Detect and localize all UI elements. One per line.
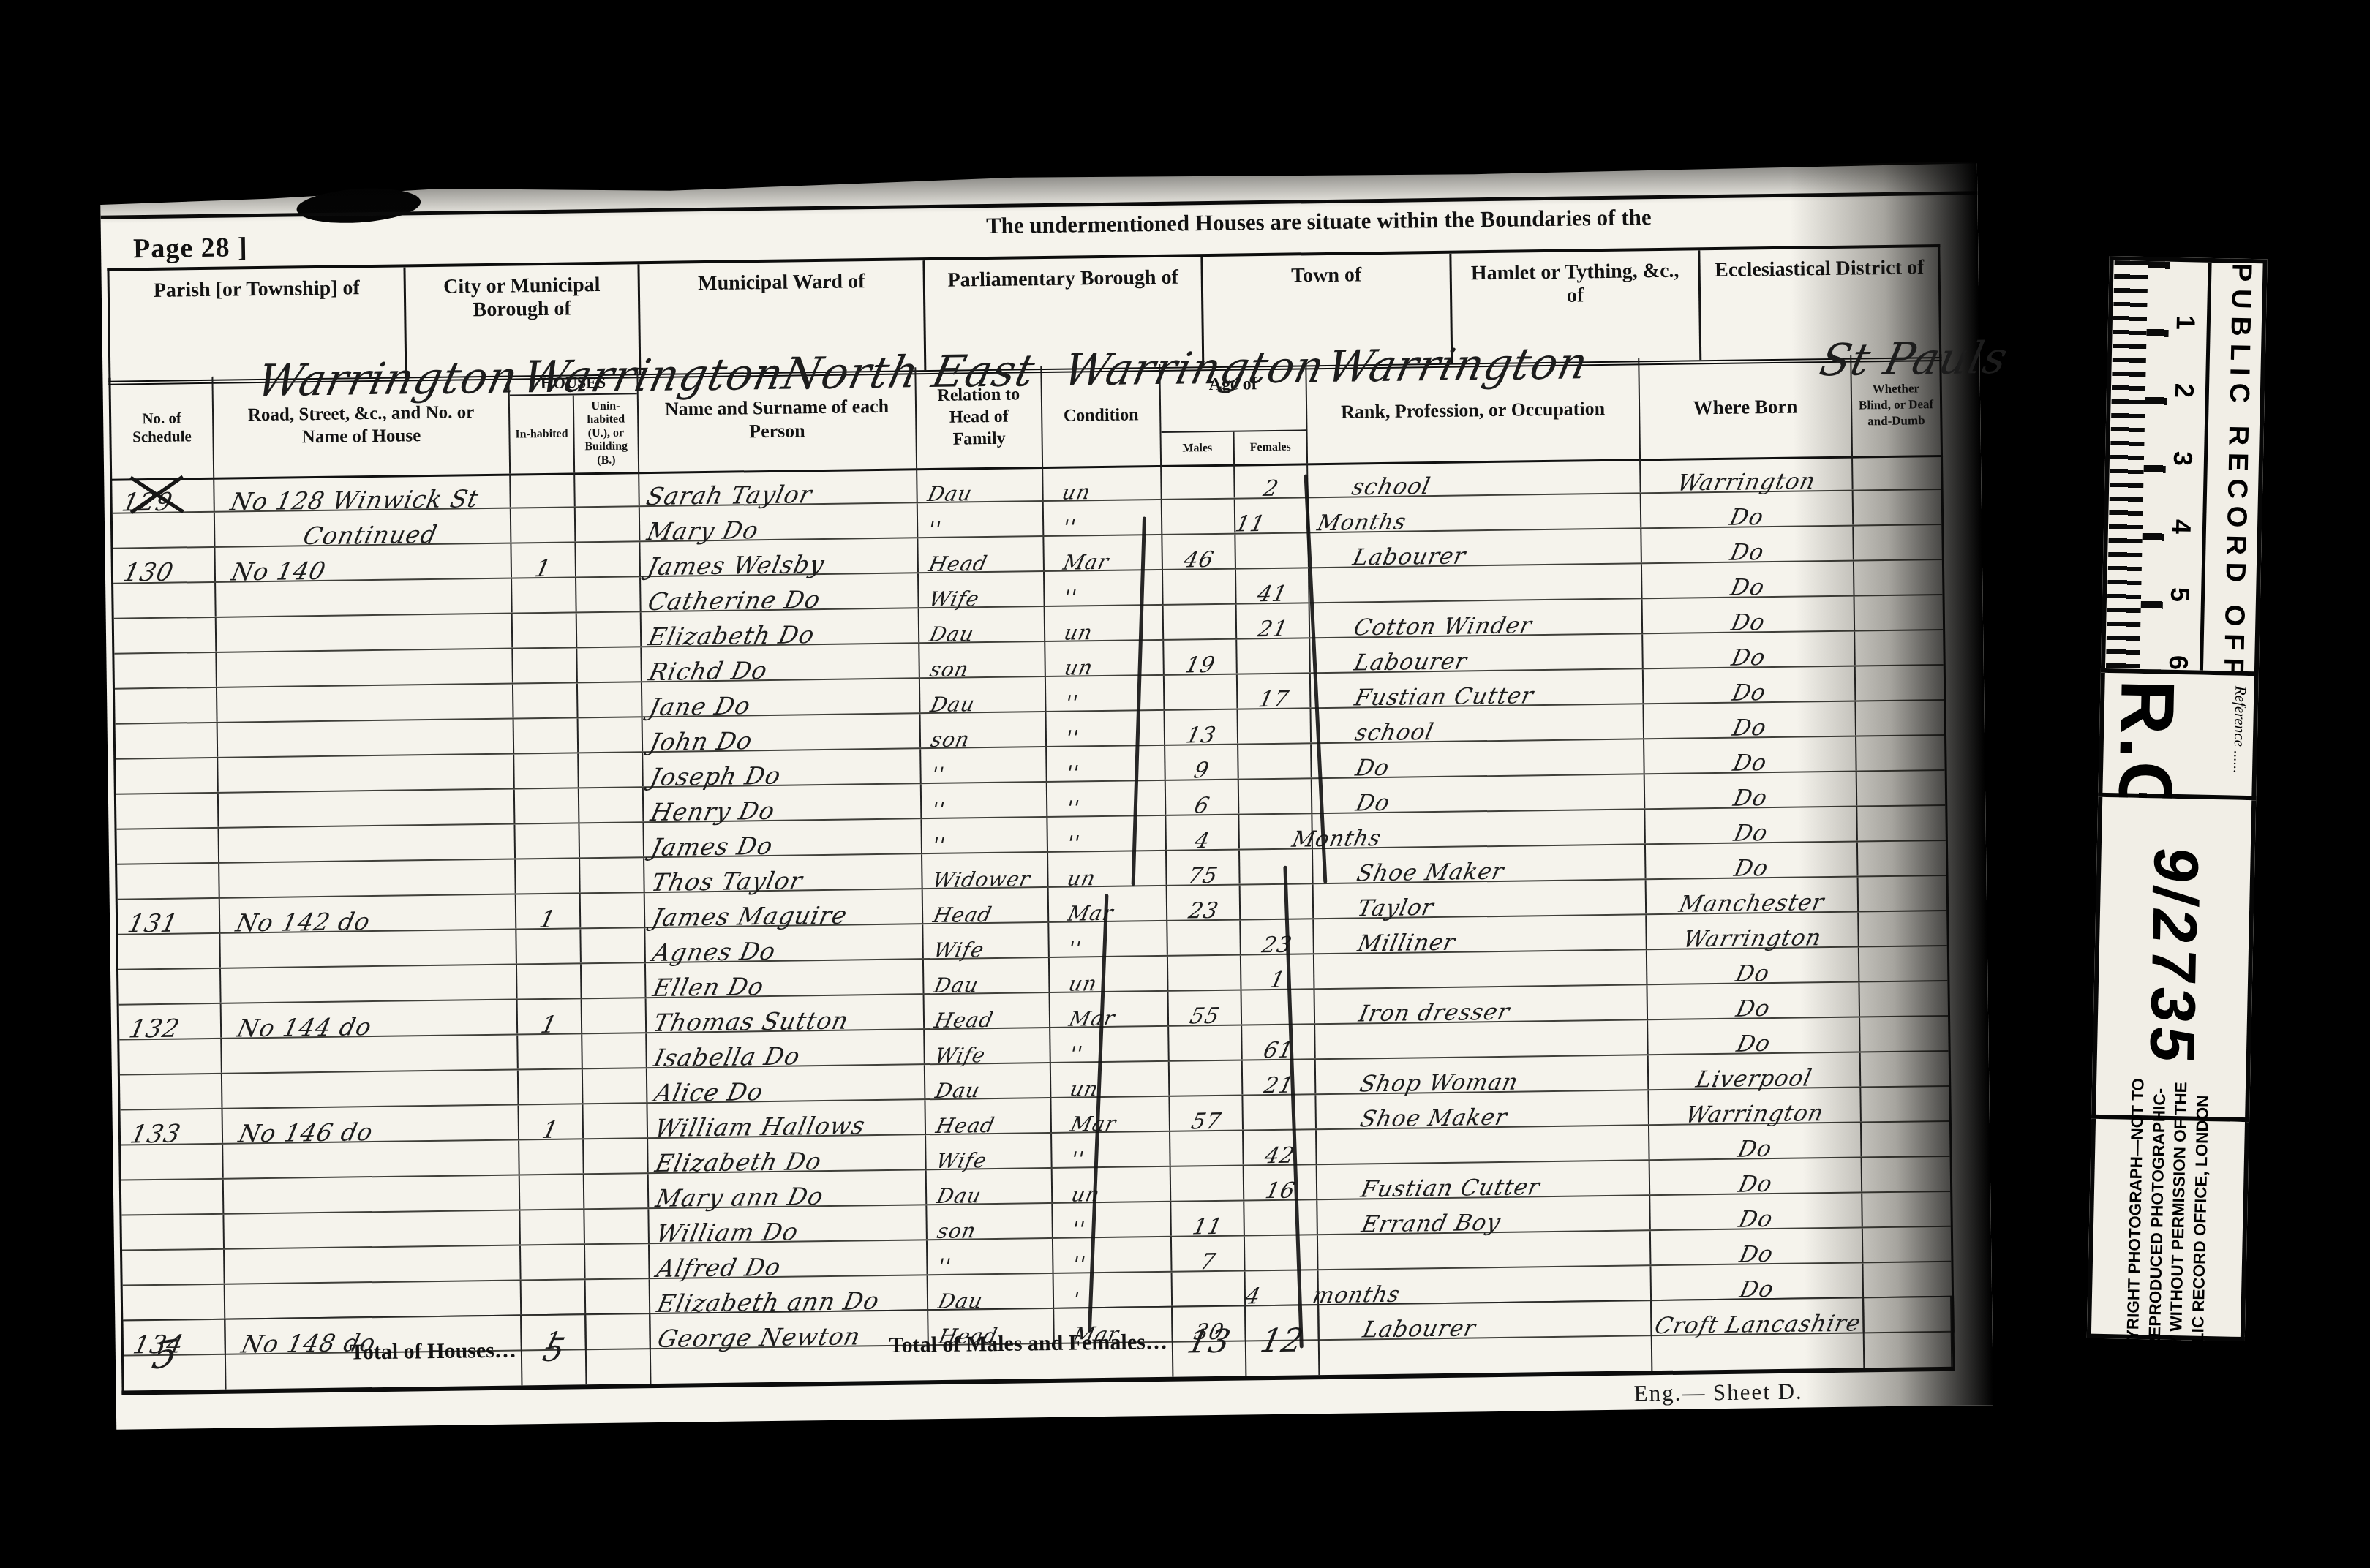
cell-inhabited <box>516 859 581 893</box>
cell-uninhabited <box>577 612 642 647</box>
cell-born: Do <box>1641 527 1854 563</box>
cell-house <box>225 1281 522 1318</box>
cell-inhabited <box>514 753 579 788</box>
cell-relation: Dau <box>917 467 1044 502</box>
cell-condition: '' <box>1045 570 1164 606</box>
handwritten-relation: Head <box>931 905 994 926</box>
cell-schedule <box>116 794 219 829</box>
cell-born: Do <box>1643 597 1856 633</box>
cell-uninhabited <box>576 507 641 541</box>
handwritten-occupation: Labourer <box>1350 545 1467 569</box>
handwritten-condition: Mar <box>1067 1009 1117 1030</box>
cell-house: No 144 do <box>222 1000 519 1037</box>
ruler-number: 1 <box>2169 262 2208 331</box>
page-number: Page 28 ] <box>133 231 248 265</box>
cell-inhabited <box>517 964 582 998</box>
piece-number: 9/2735 <box>2135 843 2212 1071</box>
cell-female: 61 <box>1242 1025 1316 1059</box>
cell-uninhabited <box>576 542 641 576</box>
handwritten-born: Do <box>1737 1208 1775 1232</box>
handwritten-born: Manchester <box>1677 892 1827 916</box>
cell-female <box>1237 638 1311 673</box>
cell-infirm <box>1861 1087 1949 1122</box>
header-schedule: No. of Schedule <box>110 377 214 479</box>
cell-infirm <box>1859 876 1947 911</box>
handwritten-name: Elizabeth Do <box>647 622 817 649</box>
district-label: Ecclesiastical District of <box>1700 255 1938 282</box>
handwritten-occupation: Errand Boy <box>1359 1212 1502 1237</box>
cell-schedule: 132 <box>119 1004 222 1039</box>
handwritten-condition: un <box>1063 657 1095 679</box>
handwritten-relation: '' <box>930 765 947 785</box>
handwritten-relation: Dau <box>936 1291 985 1312</box>
handwritten-relation: '' <box>926 519 944 540</box>
cell-female: 17 <box>1238 674 1312 708</box>
census-page: Page 28 ] The undermentioned Houses are … <box>100 162 1993 1429</box>
cell-infirm <box>1859 981 1948 1017</box>
cell-relation: '' <box>922 818 1048 853</box>
cell-house <box>219 860 516 897</box>
cell-condition: '' <box>1049 921 1168 957</box>
handwritten-condition: Mar <box>1061 552 1111 573</box>
handwritten-name: James Do <box>649 834 775 859</box>
handwritten-female: 2 <box>1261 478 1281 500</box>
handwritten-born: Do <box>1737 1173 1775 1196</box>
header-males: Males <box>1162 432 1235 465</box>
cell-relation: '' <box>921 747 1047 783</box>
cell-relation: Wife <box>923 923 1050 958</box>
cell-occupation: Cotton Winder <box>1310 599 1644 637</box>
cell-uninhabited <box>581 928 646 962</box>
cell-inhabited <box>515 788 580 823</box>
handwritten-name: William Hallows <box>652 1113 868 1140</box>
handwritten-house: No 142 do <box>234 909 373 935</box>
district-value-handwritten: Warrington <box>1058 342 1329 396</box>
cell-inhabited <box>519 1069 584 1104</box>
handwritten-born: Liverpool <box>1694 1067 1814 1091</box>
cell-male: 55 <box>1169 991 1243 1025</box>
cell-schedule: 129 <box>112 478 215 513</box>
handwritten-female: 17 <box>1257 689 1291 712</box>
age-note: Months <box>1290 828 1383 851</box>
cell-schedule <box>116 758 219 794</box>
district-label: Municipal Ward of <box>640 268 923 296</box>
cell-born: Warrington <box>1649 1088 1862 1124</box>
handwritten-condition: '' <box>1064 728 1081 748</box>
cell-female <box>1239 779 1313 813</box>
cell-name: Sarah Taylor <box>639 468 918 505</box>
cell-inhabited: 1 <box>511 543 576 577</box>
cell-inhabited <box>513 683 579 717</box>
handwritten-born: Do <box>1734 1033 1772 1056</box>
handwritten-male: 9 <box>1192 760 1211 782</box>
handwritten-occupation: Milliner <box>1355 932 1457 956</box>
header-females: Females <box>1235 431 1307 464</box>
cell-condition: Mar <box>1051 1097 1170 1132</box>
cell-female <box>1240 849 1314 883</box>
cell-relation: Dau <box>920 677 1047 712</box>
district-value-handwritten: Warrington <box>252 352 523 407</box>
handwritten-condition: '' <box>1069 1149 1086 1169</box>
cell-schedule <box>120 1074 223 1109</box>
cell-relation: Head <box>923 888 1050 923</box>
cell-schedule <box>117 829 220 864</box>
cell-uninhabited <box>586 1279 651 1313</box>
handwritten-schedule: 129 <box>120 490 175 516</box>
cell-born: Do <box>1649 1123 1862 1159</box>
copyright-text: COPYRIGHT PHOTOGRAPH—NOT TOBE REPRODUCED… <box>2121 1078 2214 1378</box>
handwritten-house: No 146 do <box>236 1120 375 1145</box>
cell-relation: Wife <box>925 1028 1051 1063</box>
cell-infirm <box>1855 630 1944 666</box>
handwritten-schedule: 133 <box>128 1121 183 1147</box>
handwritten-condition: un <box>1065 868 1097 889</box>
piece-number-section: 9/2735 <box>2091 797 2256 1122</box>
handwritten-occupation: Fustian Cutter <box>1353 685 1536 709</box>
cell-condition: '' <box>1052 1132 1171 1167</box>
handwritten-name: Joseph Do <box>648 764 783 789</box>
handwritten-name: Sarah Taylor <box>644 482 815 508</box>
handwritten-male: 11 <box>1190 1216 1224 1239</box>
district-label: Parish [or Township] of <box>110 274 404 303</box>
cell-house <box>217 614 513 652</box>
cell-uninhabited <box>575 472 640 506</box>
cell-condition: '' <box>1050 1027 1170 1062</box>
total-females: 12 <box>1246 1305 1320 1376</box>
cell-schedule <box>116 723 219 758</box>
cell-uninhabited <box>579 788 644 822</box>
cell-relation: Wife <box>919 572 1045 607</box>
cell-uninhabited <box>582 1033 647 1068</box>
cell-condition: un <box>1048 851 1167 886</box>
cell-relation: son <box>919 642 1046 677</box>
handwritten-occupation: school <box>1350 475 1432 499</box>
ruler: PUBLIC RECORD OFFICE 123456 <box>2101 256 2268 676</box>
cell-born: Do <box>1648 1017 1861 1054</box>
handwritten-relation: Dau <box>932 975 980 996</box>
cell-born: Do <box>1643 632 1856 668</box>
handwritten-male: 7 <box>1198 1251 1218 1273</box>
handwritten-female: 21 <box>1256 619 1290 641</box>
handwritten-inhabited: 1 <box>541 1118 561 1142</box>
handwritten-male: 13 <box>1184 725 1219 747</box>
cell-female: 23 <box>1241 919 1314 954</box>
cell-house: No 142 do <box>220 895 517 932</box>
cell-house <box>218 720 515 757</box>
cell-female <box>1238 744 1312 778</box>
cell-schedule: 133 <box>121 1109 224 1145</box>
copyright-stamp: COPYRIGHT PHOTOGRAPH—NOT TOBE REPRODUCED… <box>2087 1119 2249 1341</box>
ruler-number: 2 <box>2167 330 2207 399</box>
cell-relation: Dau <box>924 958 1050 993</box>
handwritten-female: 16 <box>1263 1180 1298 1203</box>
handwritten-born: Do <box>1732 857 1770 881</box>
cell-condition: un <box>1053 1167 1172 1202</box>
cell-relation: Widower <box>922 853 1049 888</box>
ruler-number: 4 <box>2164 466 2204 535</box>
cell-occupation: Shop Woman <box>1316 1055 1649 1093</box>
cell-male: 13 <box>1165 710 1238 745</box>
cell-relation: son <box>921 712 1047 747</box>
handwritten-male: 75 <box>1186 865 1220 888</box>
cell-female <box>1241 884 1314 919</box>
cell-house <box>222 1070 519 1107</box>
district-label: Town of <box>1203 261 1450 290</box>
handwritten-occupation: Shoe Maker <box>1358 1107 1509 1131</box>
handwritten-house: No 148 do <box>239 1330 378 1356</box>
cell-inhabited <box>511 472 576 507</box>
cell-inhabited <box>522 1280 587 1314</box>
handwritten-relation: Head <box>934 1115 997 1137</box>
cell-house <box>224 1210 521 1248</box>
handwritten-name: William Do <box>654 1219 801 1245</box>
handwritten-name: James Welsby <box>645 552 827 578</box>
cell-inhabited <box>513 648 578 682</box>
handwritten-male: 46 <box>1181 549 1216 572</box>
cell-relation: Head <box>925 993 1051 1028</box>
cell-inhabited <box>515 823 580 858</box>
cell-male: 46 <box>1162 535 1236 569</box>
cell-schedule <box>113 513 216 548</box>
handwritten-house: Continued <box>301 522 440 548</box>
cell-born: Liverpool <box>1649 1052 1862 1089</box>
cell-born: Warrington <box>1641 456 1854 493</box>
cell-house <box>219 790 516 827</box>
cell-uninhabited <box>579 717 644 752</box>
pro-office-label: PUBLIC RECORD OFFICE <box>2200 263 2263 671</box>
cell-uninhabited <box>583 1104 648 1138</box>
handwritten-occupation: school <box>1353 721 1436 745</box>
cell-male <box>1173 1272 1246 1306</box>
cell-female <box>1235 533 1309 568</box>
handwritten-condition: '' <box>1061 517 1078 538</box>
cell-inhabited <box>519 1139 584 1174</box>
cell-male: 19 <box>1164 640 1238 674</box>
cell-inhabited <box>516 929 582 963</box>
handwritten-name: Thomas Sutton <box>651 1009 851 1036</box>
ruler-number: 3 <box>2166 398 2205 467</box>
cell-inhabited <box>513 613 578 647</box>
handwritten-inhabited: 1 <box>538 908 558 931</box>
handwritten-name: Henry Do <box>649 799 778 824</box>
cell-infirm <box>1856 666 1944 701</box>
cell-inhabited: 1 <box>518 999 583 1033</box>
record-series: R.G. <box>2107 679 2185 794</box>
cell-inhabited <box>518 1034 583 1068</box>
cell-condition: Mar <box>1049 886 1168 921</box>
handwritten-name: Jane Do <box>647 693 753 719</box>
handwritten-occupation: Labourer <box>1361 1317 1478 1341</box>
handwritten-house: No 144 do <box>235 1014 374 1040</box>
handwritten-born: Do <box>1732 822 1770 845</box>
cell-schedule: 130 <box>113 548 216 583</box>
handwritten-occupation: Fustian Cutter <box>1359 1176 1543 1201</box>
cell-condition: un <box>1045 606 1165 641</box>
cell-inhabited <box>520 1210 585 1244</box>
cell-male <box>1170 1061 1244 1096</box>
district-value-handwritten: St Pauls <box>1815 333 2012 387</box>
handwritten-female: 41 <box>1255 584 1290 606</box>
cell-condition: '' <box>1046 676 1165 711</box>
handwritten-name: Catherine Do <box>646 587 823 614</box>
cell-condition: Mar <box>1050 992 1170 1027</box>
cell-house <box>219 825 516 862</box>
handwritten-name: Alice Do <box>652 1079 766 1105</box>
handwritten-inhabited: 1 <box>533 557 554 580</box>
handwritten-relation: '' <box>930 800 947 821</box>
cell-male: 11 <box>1171 1202 1245 1236</box>
cell-male <box>1167 921 1241 955</box>
handwritten-born: Do <box>1728 576 1767 600</box>
cell-born: Do <box>1647 982 1860 1019</box>
handwritten-born: Do <box>1728 506 1766 529</box>
handwritten-occupation: Cotton Winder <box>1352 614 1535 639</box>
cell-inhabited <box>512 578 577 612</box>
cell-infirm <box>1856 701 1944 736</box>
cell-occupation: Iron dresser <box>1315 985 1649 1023</box>
cell-schedule <box>118 969 222 1004</box>
ruler-number: 6 <box>2162 602 2201 671</box>
cell-schedule <box>113 583 217 618</box>
cell-schedule <box>114 653 217 688</box>
cell-female: Months <box>1239 814 1313 848</box>
cell-inhabited: 1 <box>519 1104 584 1139</box>
handwritten-schedule: 131 <box>125 911 180 937</box>
cell-inhabited <box>514 718 579 753</box>
cell-female <box>1244 1200 1318 1235</box>
handwritten-relation: Wife <box>934 1150 988 1172</box>
handwritten-relation: Dau <box>933 1080 982 1101</box>
cell-relation: '' <box>918 502 1045 537</box>
cell-uninhabited <box>583 1068 648 1103</box>
cell-female: 16 <box>1244 1165 1318 1199</box>
cell-condition: '' <box>1047 711 1166 746</box>
cell-relation: '' <box>922 783 1048 818</box>
cell-male <box>1168 956 1242 990</box>
cell-born: Do <box>1650 1193 1863 1229</box>
cell-schedule <box>123 1285 226 1320</box>
cell-born: Warrington <box>1647 912 1859 949</box>
cell-infirm <box>1853 455 1941 490</box>
cell-schedule <box>121 1180 225 1215</box>
handwritten-relation: Dau <box>935 1186 983 1207</box>
cell-born: Do <box>1650 1158 1863 1194</box>
handwritten-condition: un <box>1068 1079 1100 1100</box>
cell-infirm <box>1863 1227 1952 1262</box>
cell-female: 21 <box>1243 1060 1317 1094</box>
cell-schedule <box>114 618 217 653</box>
handwritten-occupation: Do <box>1353 757 1391 780</box>
cell-infirm <box>1858 841 1946 876</box>
district-value-handwritten: Warrington <box>1322 338 1592 393</box>
cell-female <box>1242 990 1316 1024</box>
cell-house: No 140 <box>215 544 512 581</box>
cell-infirm <box>1863 1262 1952 1297</box>
cell-relation: Dau <box>928 1274 1055 1309</box>
handwritten-condition: un <box>1062 622 1094 644</box>
scan-background: Page 28 ] The undermentioned Houses are … <box>0 0 2370 1568</box>
cell-male <box>1171 1166 1245 1201</box>
handwritten-condition: '' <box>1070 1254 1088 1275</box>
age-note: months <box>1311 1284 1402 1308</box>
handwritten-condition: '' <box>1068 1044 1086 1064</box>
district-label: Parliamentary Borough of <box>925 264 1201 293</box>
cell-male: 75 <box>1167 851 1241 885</box>
cell-condition: '' <box>1053 1237 1173 1273</box>
cell-male <box>1162 500 1236 534</box>
handwritten-condition: un <box>1061 482 1093 503</box>
cell-male <box>1169 1026 1243 1060</box>
handwritten-name: Mary ann Do <box>654 1184 827 1210</box>
handwritten-born: Do <box>1729 611 1767 635</box>
handwritten-condition: Mar <box>1072 1324 1121 1346</box>
handwritten-occupation: Labourer <box>1352 650 1469 674</box>
handwritten-born: Do <box>1734 998 1772 1021</box>
cell-inhabited <box>520 1175 585 1209</box>
cell-relation: son <box>927 1204 1053 1239</box>
cell-female <box>1245 1235 1319 1270</box>
census-rows: 129No 128 Winwick StSarah TaylorDauun2sc… <box>110 455 1954 1357</box>
pro-stamp-strip: PUBLIC RECORD OFFICE 123456 Reference ..… <box>2086 256 2267 1360</box>
cell-infirm <box>1857 806 1946 841</box>
cell-born: Do <box>1644 667 1856 704</box>
cell-schedule <box>118 934 221 969</box>
handwritten-relation: Wife <box>927 589 981 610</box>
cell-schedule <box>119 1039 222 1074</box>
cell-house <box>225 1245 522 1283</box>
handwritten-condition: '' <box>1061 587 1079 608</box>
handwritten-male: 57 <box>1189 1111 1224 1134</box>
district-label: City or Municipal Borough of <box>406 271 639 323</box>
handwritten-name: Mary Do <box>645 518 761 543</box>
cell-condition: '' <box>1053 1202 1172 1237</box>
cell-condition: ' <box>1054 1273 1173 1308</box>
handwritten-name: Richd Do <box>647 658 770 684</box>
handwritten-female: 11 <box>1233 513 1268 536</box>
cell-female <box>1238 709 1312 743</box>
handwritten-condition: un <box>1066 973 1099 995</box>
handwritten-occupation: Taylor <box>1355 897 1436 920</box>
handwritten-relation: '' <box>930 835 948 856</box>
handwritten-relation: Wife <box>933 1045 987 1066</box>
handwritten-relation: Widower <box>930 869 1032 891</box>
cell-infirm <box>1854 560 1943 595</box>
handwritten-relation: '' <box>936 1256 953 1277</box>
cell-born: Do <box>1644 702 1856 739</box>
ruler-number: 5 <box>2163 534 2202 603</box>
district-cell-parish: Parish [or Township] of Warrington <box>110 267 407 380</box>
cell-infirm <box>1862 1157 1951 1192</box>
cell-born: Do <box>1641 491 1854 528</box>
handwritten-male: 19 <box>1183 655 1217 677</box>
handwritten-relation: Head <box>937 1326 1000 1347</box>
cell-uninhabited <box>584 1139 649 1173</box>
handwritten-condition: '' <box>1064 763 1082 783</box>
cell-schedule <box>122 1250 225 1285</box>
cell-condition: un <box>1045 641 1165 676</box>
cell-male: 6 <box>1166 780 1240 815</box>
handwritten-male: 30 <box>1192 1322 1226 1344</box>
cell-uninhabited <box>576 577 642 611</box>
cell-male: 4 <box>1166 815 1240 850</box>
cell-relation: Dau <box>927 1169 1053 1204</box>
handwritten-name: Agnes Do <box>650 939 778 965</box>
cell-house: No 146 do <box>223 1105 520 1142</box>
cell-relation: Head <box>918 537 1045 572</box>
cell-born: Do <box>1646 842 1859 878</box>
handwritten-born: Do <box>1738 1278 1776 1302</box>
cell-house <box>224 1175 521 1213</box>
